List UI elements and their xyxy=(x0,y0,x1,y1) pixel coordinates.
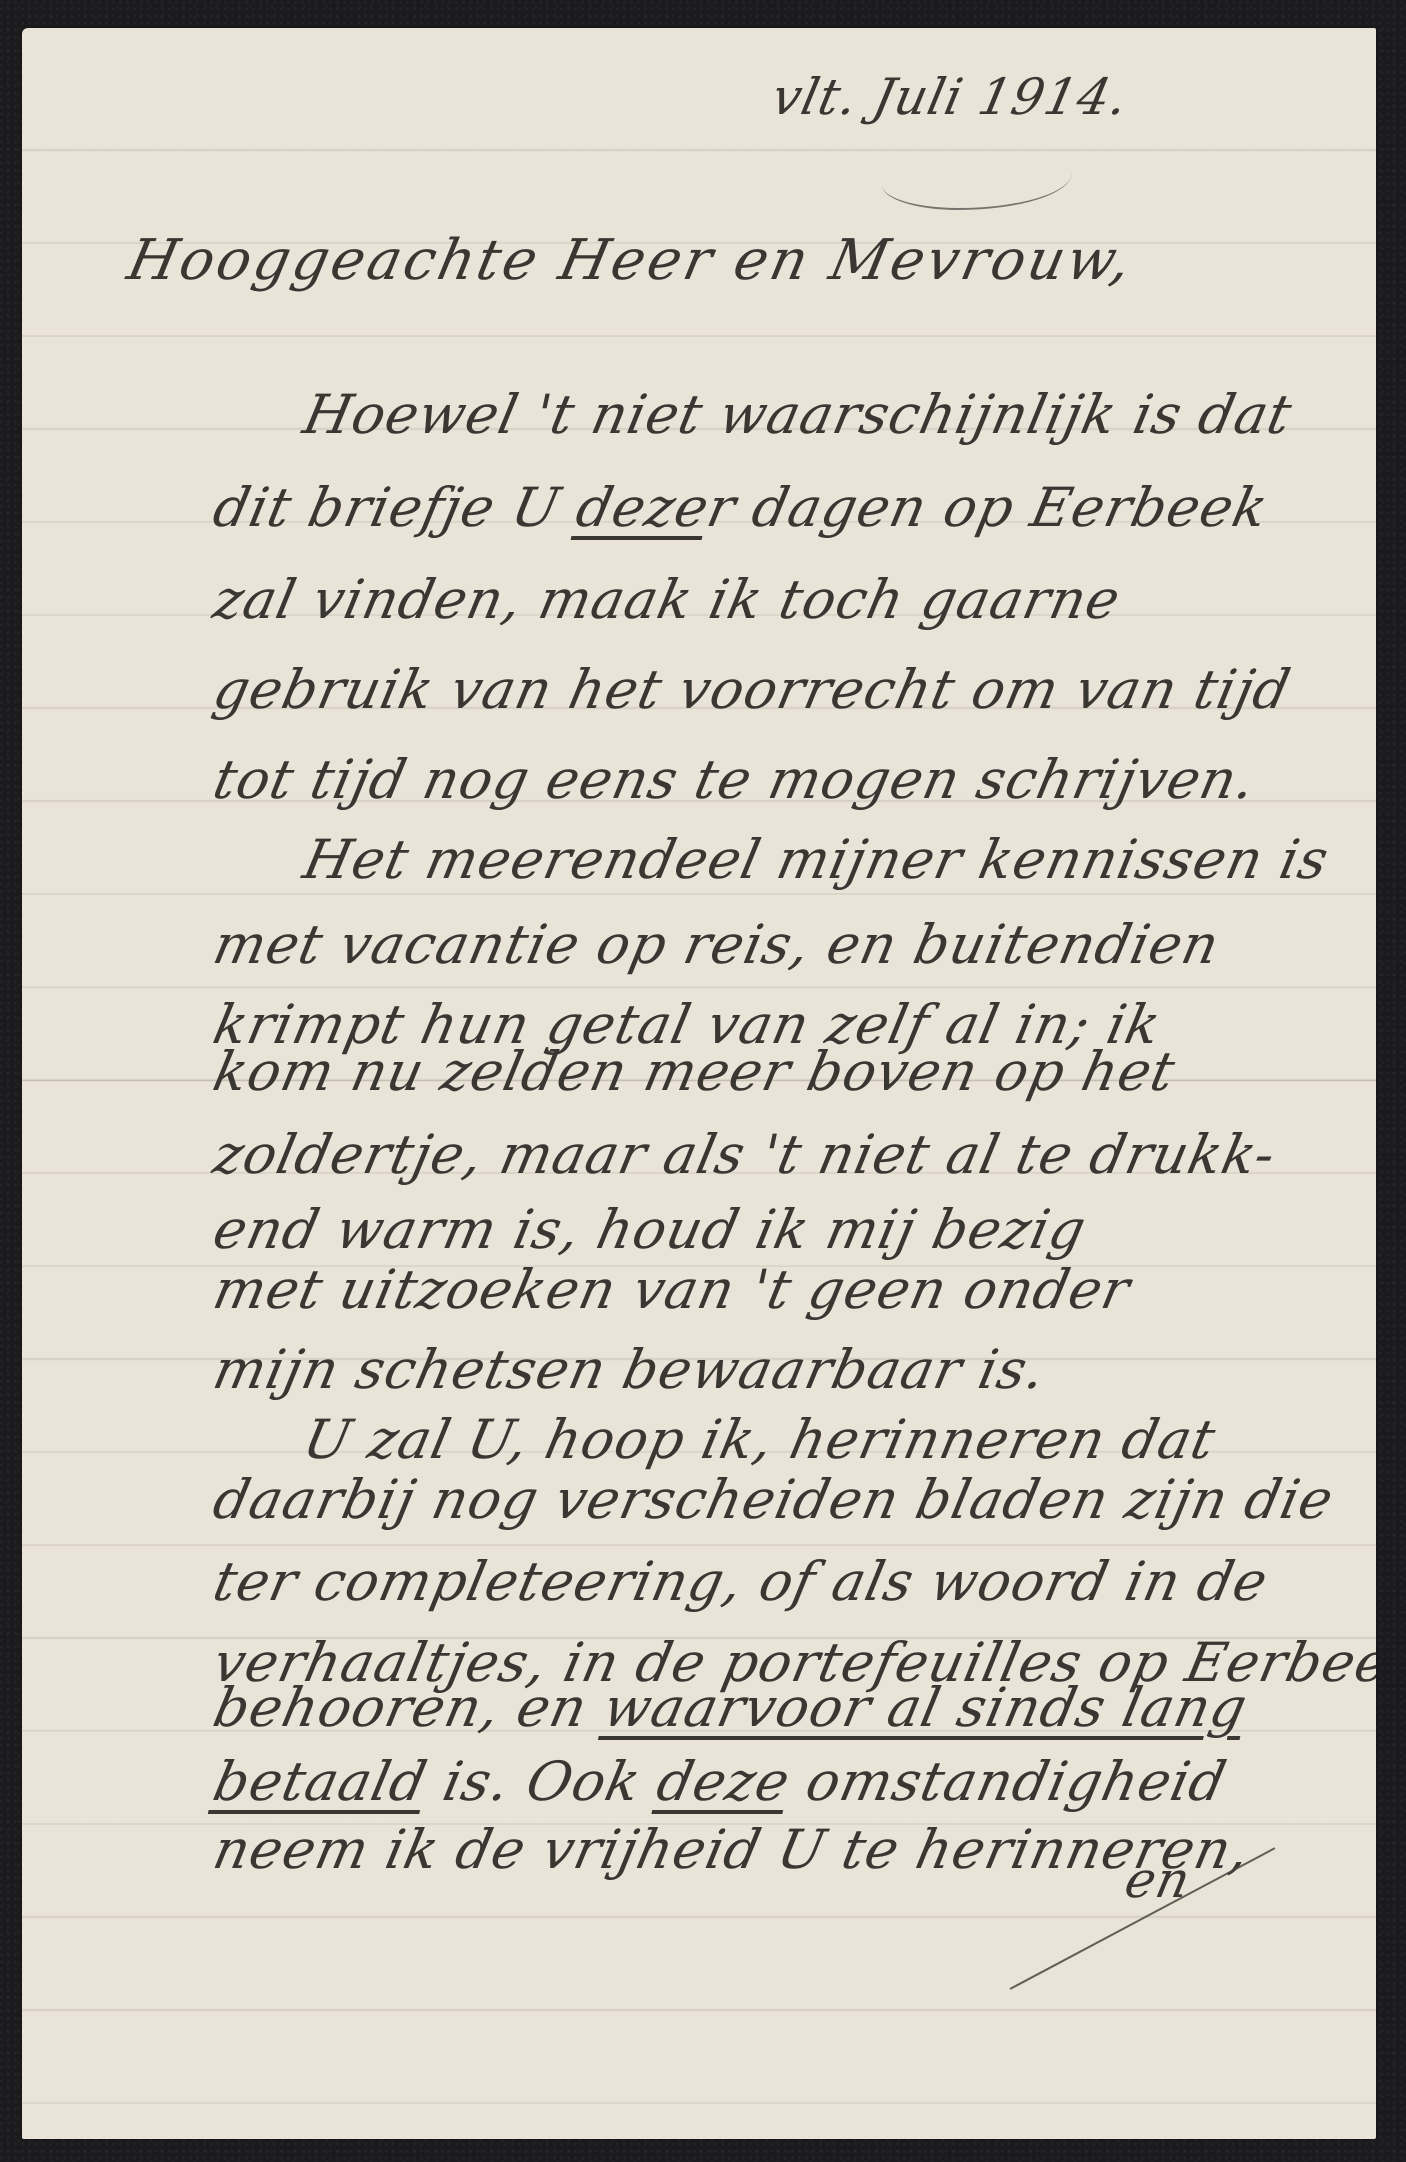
salutation: Hooggeachte Heer en Mevrouw, xyxy=(122,228,1140,293)
body-line: zal vinden, maak ik toch gaarne xyxy=(208,568,1126,631)
body-line: end warm is, houd ik mij bezig xyxy=(208,1198,1092,1261)
body-line: daarbij nog verscheiden bladen zijn die xyxy=(208,1468,1339,1531)
underlined-phrase: deze xyxy=(571,476,715,539)
body-line: mijn schetsen bewaarbaar is. xyxy=(208,1338,1052,1401)
underlined-phrase: deze xyxy=(652,1750,796,1813)
body-line: Het meerendeel mijner kennissen is xyxy=(298,828,1335,891)
underlined-phrase: betaald xyxy=(208,1750,433,1813)
body-line: neem ik de vrijheid U te herinneren, xyxy=(208,1818,1256,1881)
body-line: kom nu zelden meer boven op het xyxy=(208,1040,1181,1103)
letter-sheet: vlt. Juli 1914. Hooggeachte Heer en Mevr… xyxy=(22,28,1376,2139)
body-line: zoldertje, maar als 't niet al te drukk- xyxy=(208,1123,1282,1186)
body-line: gebruik van het voorrecht om van tijd xyxy=(208,658,1296,721)
body-line: behooren, en waarvoor al sinds lang xyxy=(208,1676,1253,1739)
body-line: tot tijd nog eens te mogen schrijven. xyxy=(208,748,1261,811)
underlined-phrase: waarvoor al sinds lang xyxy=(598,1676,1253,1739)
body-line: betaald is. Ook deze omstandigheid xyxy=(208,1750,1232,1813)
body-line: dit briefje U dezer dagen op Eerbeek xyxy=(208,476,1274,539)
body-line: ter completeering, of als woord in de xyxy=(208,1550,1274,1613)
body-line: Hoewel 't niet waarschijnlijk is dat xyxy=(298,383,1298,446)
date-flourish xyxy=(882,148,1072,210)
letter-date: vlt. Juli 1914. xyxy=(767,68,1134,126)
body-line: U zal U, hoop ik, herinneren dat xyxy=(298,1408,1221,1471)
closing-word: en xyxy=(1120,1851,1196,1909)
body-line: met uitzoeken van 't geen onder xyxy=(208,1258,1136,1321)
body-line: met vacantie op reis, en buitendien xyxy=(208,913,1225,976)
